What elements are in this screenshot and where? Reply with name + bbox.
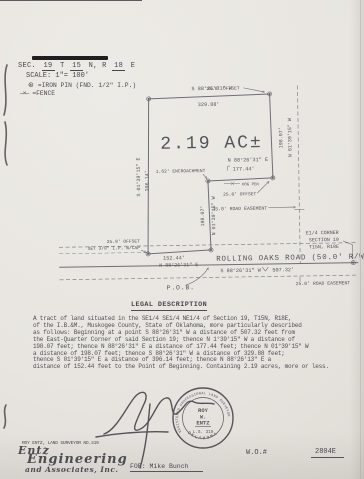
east-road-easement-line [297, 86, 300, 264]
inner-distance: 198.07' [200, 205, 206, 226]
company-name-associates: and Associates, Inc. [25, 465, 119, 474]
legal-description-title: LEGAL DESCRIPTION [131, 301, 207, 311]
inner-bearing: N 01°39'15" W [211, 196, 218, 235]
road-name: ROLLING OAKS ROAD (50.0' R/W) [216, 253, 364, 263]
plat-drawing: 2.19 AC± S 88°26'31" W 329.88' 198.07' N… [0, 0, 364, 310]
seal-text: REGISTERED PROFESSIONAL LAND SURVEYOR OK… [176, 392, 230, 441]
east-distance: 198.07' [278, 127, 284, 148]
quarter-corner-label-3: T15N, R18E [309, 244, 339, 250]
west-distance: 396.14' [144, 170, 150, 191]
encroachment-label: 1.62' ENCROACHMENT [156, 168, 206, 175]
offset-ne-label: 25.0' OFFSET [206, 85, 239, 92]
road-dim-tick [262, 267, 268, 271]
road-centerline [59, 263, 358, 268]
seal-name-1: ROY [198, 407, 209, 414]
dim-bracket [228, 166, 231, 171]
hog-pen-label: HOG PEN [242, 183, 259, 187]
legal-line: distance of 152.44 feet to the Point of … [33, 364, 329, 371]
mid-distance: 177.44' [233, 166, 255, 172]
south-bearing: N 88°26'31" E [159, 262, 198, 269]
quarter-corner-label-2: SECTION 19 [309, 237, 339, 243]
south-distance: 152.44' [163, 255, 185, 261]
client-line: FOR: Mike Bunch [130, 463, 203, 472]
seal-name-3: ENTZ [196, 420, 210, 427]
south-easement-label: 25.0' ROAD EASEMENT [296, 280, 351, 287]
east-bearing: N 01°39'15" W [287, 118, 294, 157]
work-order-label: W.O.# [246, 449, 267, 457]
offset-sw-label-2: SET 3/8" I.P. W/CAP [88, 245, 141, 252]
hog-pen-fence-icon [224, 182, 240, 185]
road-bearing: S 88°26'31" W [220, 268, 261, 275]
quarter-corner-label-1: E1/4 CORNER [306, 230, 339, 237]
east-easement-label: 35.0' ROAD EASEMENT [212, 206, 267, 213]
survey-plat-document: SEC. 19 T 15 N, R 18 E SCALE: 1"= 100' ⊛… [0, 0, 364, 479]
north-distance: 329.88' [198, 102, 220, 108]
south-road-easement-line [59, 275, 358, 280]
road-distance: 507.32' [272, 267, 294, 273]
work-order-number: 2804E [311, 448, 344, 458]
legal-description-body: A tract of land situated in the SE1/4 SE… [33, 316, 329, 371]
offset-reference-line [59, 252, 147, 253]
area-label: 2.19 AC± [160, 133, 263, 155]
offset-e-label: 25.0' OFFSET [223, 191, 256, 198]
offset-sw-label-1: 25.0' OFFSET [107, 239, 140, 246]
paper-edge-line [360, 0, 361, 479]
west-bearing: S 01°39'15" E [136, 157, 143, 196]
pob-label: P.O.B. [167, 284, 195, 291]
mid-bearing: N 88°26'31" E [228, 157, 269, 164]
seal-license: L.S. 319 [193, 430, 214, 435]
